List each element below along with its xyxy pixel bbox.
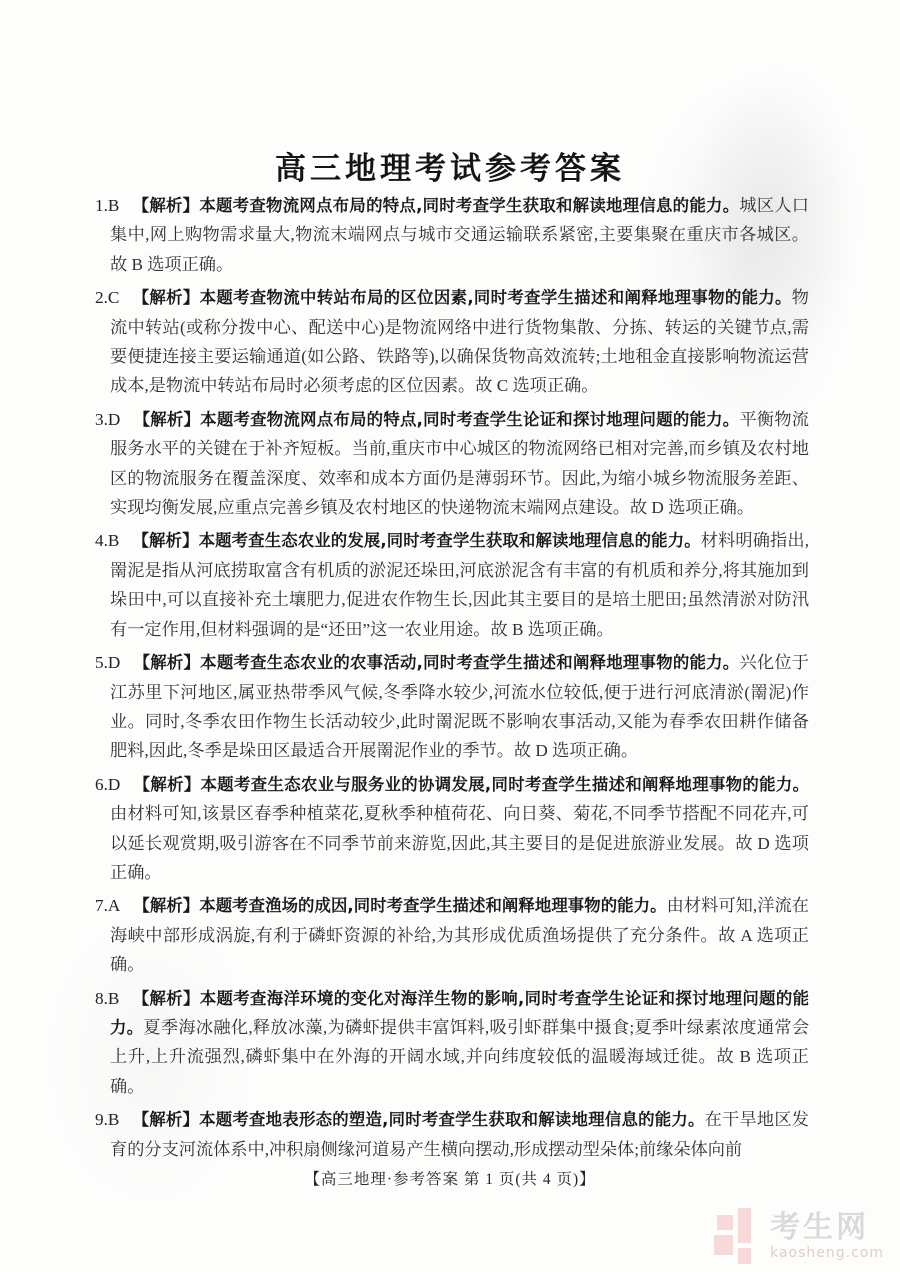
watermark-site-name: 考生网 (770, 1213, 869, 1243)
answer-number-choice: 4.B (95, 531, 119, 550)
answer-number-choice: 8.B (95, 989, 119, 1008)
answer-item: 1.B【解析】本题考查物流网点布局的特点,同时考查学生获取和解读地理信息的能力。… (95, 191, 809, 279)
answer-list: 1.B【解析】本题考查物流网点布局的特点,同时考查学生获取和解读地理信息的能力。… (95, 191, 809, 1168)
logo-block (714, 1235, 733, 1255)
answer-item: 3.D【解析】本题考查物流网点布局的特点,同时考查学生论证和探讨地理问题的能力。… (95, 405, 809, 523)
answer-item: 2.C【解析】本题考查物流中转站布局的区位因素,同时考查学生描述和阐释地理事物的… (95, 283, 809, 401)
answer-analysis-intro: 【解析】本题考查物流中转站布局的区位因素,同时考查学生描述和阐释地理事物的能力。 (132, 288, 791, 307)
answer-analysis-intro: 【解析】本题考查物流网点布局的特点,同时考查学生论证和探讨地理问题的能力。 (133, 410, 739, 429)
page-footer: 【高三地理·参考答案 第 1 页(共 4 页)】 (0, 1167, 900, 1189)
answer-analysis-intro: 【解析】本题考查生态农业的发展,同时考查学生获取和解读地理信息的能力。 (132, 531, 700, 550)
answer-item: 8.B【解析】本题考查海洋环境的变化对海洋生物的影响,同时考查学生论证和探讨地理… (95, 984, 809, 1102)
logo-block (738, 1248, 751, 1264)
answer-analysis-intro: 【解析】本题考查渔场的成因,同时考查学生描述和阐释地理事物的能力。 (133, 896, 666, 915)
answer-number-choice: 6.D (95, 775, 120, 794)
watermark-text: 考生网 kaosheng.com (770, 1213, 884, 1260)
answer-number-choice: 7.A (95, 896, 120, 915)
logo-block (717, 1215, 733, 1230)
answer-analysis-intro: 【解析】本题考查地表形态的塑造,同时考查学生获取和解读地理信息的能力。 (132, 1110, 704, 1129)
answer-item: 6.D【解析】本题考查生态农业与服务业的协调发展,同时考查学生描述和阐释地理事物… (95, 770, 809, 888)
kaosheng-logo-icon (714, 1208, 760, 1264)
watermark-site-domain: kaosheng.com (770, 1246, 884, 1260)
answer-analysis-intro: 【解析】本题考查物流网点布局的特点,同时考查学生获取和解读地理信息的能力。 (132, 196, 739, 215)
answer-explanation-text: 由材料可知,该景区春季种植菜花,夏秋季种植荷花、向日葵、菊花,不同季节搭配不同花… (110, 804, 809, 882)
answer-number-choice: 5.D (95, 653, 120, 672)
answer-item: 5.D【解析】本题考查生态农业的农事活动,同时考查学生描述和阐释地理事物的能力。… (95, 648, 809, 766)
answer-item: 7.A【解析】本题考查渔场的成因,同时考查学生描述和阐释地理事物的能力。由材料可… (95, 891, 809, 979)
answer-item: 4.B【解析】本题考查生态农业的发展,同时考查学生获取和解读地理信息的能力。材料… (95, 526, 809, 644)
kaosheng-watermark: 考生网 kaosheng.com (714, 1208, 884, 1264)
logo-block (738, 1208, 751, 1243)
answer-number-choice: 3.D (95, 410, 120, 429)
answer-explanation-text: 夏季海冰融化,释放冰藻,为磷虾提供丰富饵料,吸引虾群集中摄食;夏季叶绿素浓度通常… (110, 1018, 809, 1096)
page-title: 高三地理考试参考答案 (0, 143, 900, 188)
answer-number-choice: 2.C (95, 288, 119, 307)
answer-number-choice: 9.B (95, 1110, 119, 1129)
answer-number-choice: 1.B (95, 196, 119, 215)
scanned-answer-sheet-page: 高三地理考试参考答案 1.B【解析】本题考查物流网点布局的特点,同时考查学生获取… (0, 0, 900, 1272)
answer-analysis-intro: 【解析】本题考查生态农业的农事活动,同时考查学生描述和阐释地理事物的能力。 (133, 653, 739, 672)
answer-item: 9.B【解析】本题考查地表形态的塑造,同时考查学生获取和解读地理信息的能力。在干… (95, 1105, 809, 1164)
answer-analysis-intro: 【解析】本题考查生态农业与服务业的协调发展,同时考查学生描述和阐释地理事物的能力… (133, 775, 809, 794)
